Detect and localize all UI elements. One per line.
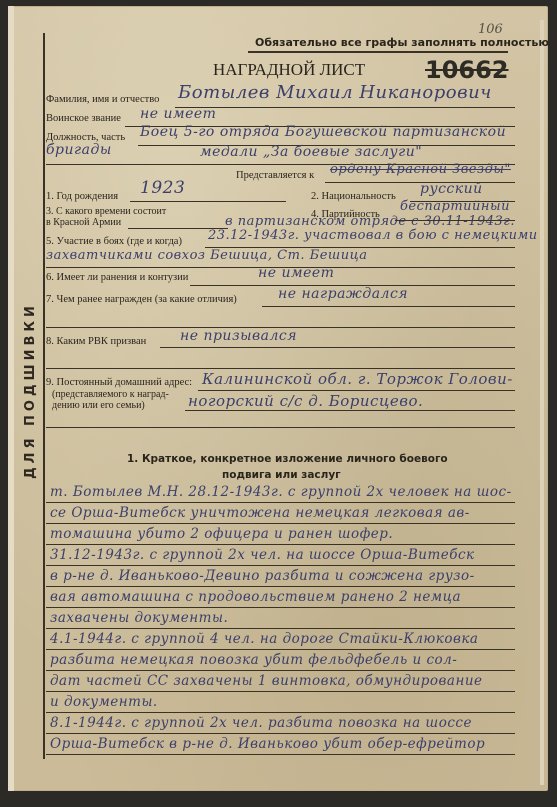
army-since-label-1: 3. С какого времени состоит [46, 206, 166, 217]
army-since-label-2: в Красной Армии [46, 217, 121, 228]
nominated-value-line1: медали „За боевые заслуги" [200, 144, 422, 160]
party-line [395, 220, 515, 221]
narrative-line: 31.12-1943г. с группой 2х чел. на шоссе … [50, 547, 475, 563]
narrative-line: се Орша-Витебск уничтожена немецкая легк… [50, 505, 470, 521]
name-line [175, 107, 515, 108]
address-label-2: (представляемого к наград- [52, 389, 169, 400]
archive-number: 106 [478, 22, 503, 37]
birth-year-label: 1. Год рождения [46, 191, 118, 202]
address-line-3 [46, 427, 515, 428]
narrative-rule [46, 502, 515, 503]
narrative-line: т. Ботылев М.Н. 28.12-1943г. с группой 2… [50, 484, 512, 500]
party-value: беспартийный [400, 199, 510, 214]
nominated-value-struck: ордену Красной Звезды" [330, 162, 511, 177]
rank-value: не имеет [140, 106, 216, 122]
narrative-rule [46, 754, 515, 755]
birth-year-line [130, 201, 286, 202]
narrative-rule [46, 523, 515, 524]
battles-value-line1: 23.12-1943г. участвовал в бою с немецким… [208, 228, 538, 243]
registration-number-text: 10662 [425, 56, 509, 84]
document-title: НАГРАДНОЙ ЛИСТ [213, 60, 365, 80]
narrative-rule [46, 733, 515, 734]
position-value-line2: бригады [46, 142, 112, 158]
page-right-edge [540, 20, 544, 785]
registration-number: 10662 [425, 56, 509, 84]
binding-margin-line [43, 33, 45, 759]
party-label: 4. Партийность [311, 209, 380, 220]
narrative-heading-1: 1. Краткое, конкретное изложение личного… [127, 453, 448, 465]
name-value: Ботылев Михаил Никанорович [178, 82, 492, 103]
narrative-heading-2: подвига или заслуг [222, 469, 341, 481]
narrative-line: в р-не д. Иваньково-Девино разбита и сож… [50, 568, 475, 584]
narrative-line: 4.1-1944г. с группой 4 чел. на дороге Ст… [50, 631, 478, 647]
narrative-line: вая автомашина с продовольствием ранено … [50, 589, 461, 605]
address-value-line1: Калининской обл. г. Торжок Голови- [202, 370, 513, 388]
rvk-value: не призывался [180, 328, 297, 344]
wounds-value: не имеет [258, 265, 334, 281]
address-line-1 [198, 390, 515, 391]
nationality-label: 2. Национальность [311, 191, 396, 202]
narrative-rule [46, 712, 515, 713]
address-value-line2: ногорский с/с д. Борисцево. [188, 392, 423, 410]
page-left-margin [8, 6, 14, 791]
rvk-label: 8. Каким РВК призван [46, 336, 146, 347]
position-value-line1: Боец 5-го отряда Богушевской партизанско… [140, 124, 506, 140]
prior-awards-value: не награждался [278, 286, 408, 302]
narrative-rule [46, 607, 515, 608]
battles-label: 5. Участие в боях (где и когда) [46, 236, 182, 247]
narrative-line: Орша-Витебск в р-не д. Иваньково убит об… [50, 736, 485, 752]
address-label-3: дению или его семьи) [52, 400, 145, 411]
rank-label: Воинское звание [46, 113, 121, 124]
narrative-line: дат частей СС захвачены 1 винтовка, обму… [50, 673, 483, 689]
battles-value-line2: захватчиками совхоз Бешица, Ст. Бешица [46, 248, 367, 263]
narrative-line: разбита немецкая повозка убит фельдфебел… [50, 652, 457, 668]
narrative-line: томашина убито 2 офицера и ранен шофер. [50, 526, 393, 542]
birth-year-value: 1923 [140, 178, 185, 198]
nationality-value: русский [420, 181, 483, 197]
narrative-rule [46, 691, 515, 692]
prior-awards-label: 7. Чем ранее награжден (за какие отличия… [46, 294, 237, 305]
narrative-rule [46, 670, 515, 671]
header-underline [248, 51, 508, 53]
prior-awards-line-1 [262, 306, 515, 307]
rvk-line-2 [46, 368, 515, 369]
narrative-rule [46, 649, 515, 650]
nominated-label: Представляется к [236, 170, 314, 181]
narrative-line: 8.1-1944г. с группой 2х чел. разбита пов… [50, 715, 472, 731]
rvk-line-1 [160, 347, 515, 348]
address-label-1: 9. Постоянный домашний адрес: [46, 377, 192, 388]
wounds-label: 6. Имеет ли ранения и контузии [46, 272, 188, 283]
name-label: Фамилия, имя и отчество [46, 94, 159, 105]
binding-label: ДЛЯ ПОДШИВКИ [20, 300, 40, 480]
narrative-line: захвачены документы. [50, 610, 228, 626]
narrative-rule [46, 628, 515, 629]
narrative-rule [46, 565, 515, 566]
narrative-rule [46, 544, 515, 545]
header-instruction: Обязательно все графы заполнять полность… [255, 36, 549, 49]
narrative-line: и документы. [50, 694, 158, 710]
address-line-2 [185, 410, 515, 411]
narrative-rule [46, 586, 515, 587]
